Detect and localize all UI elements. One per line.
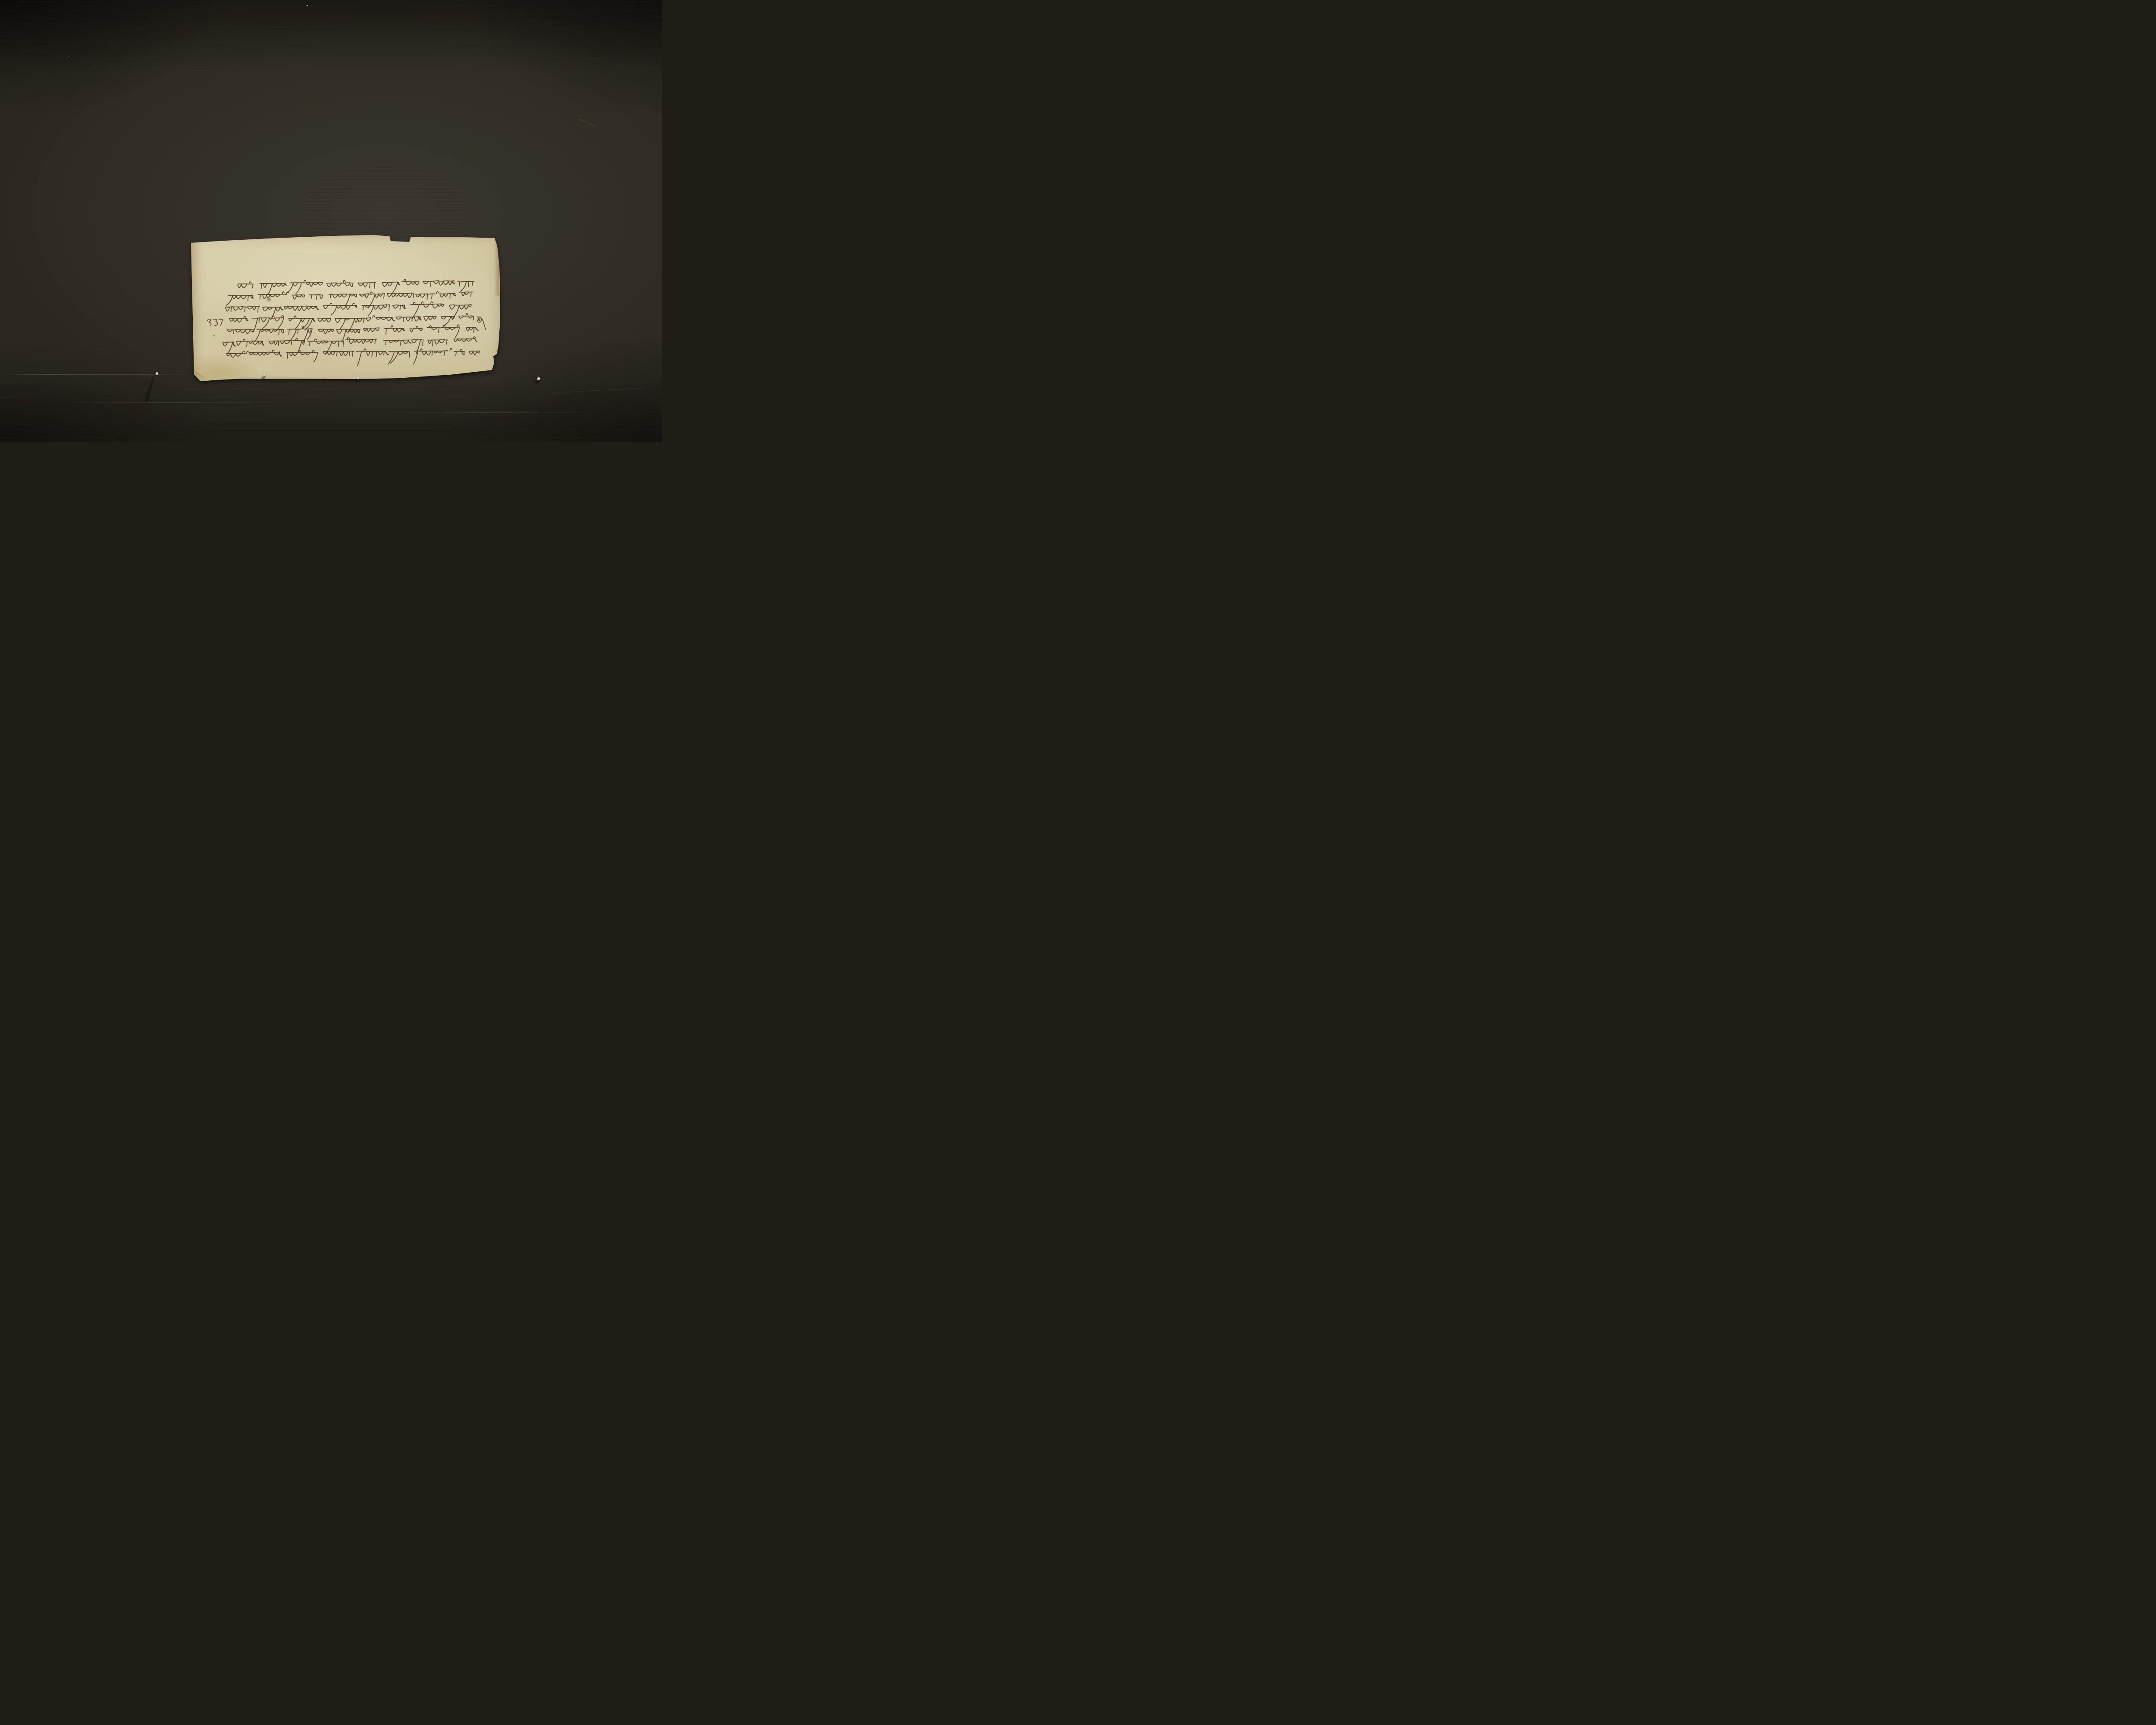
mounting-pin <box>537 377 540 380</box>
scratch-mark <box>0 374 193 375</box>
scratch-mark <box>579 119 595 127</box>
manuscript-page: স্বাহা ইদং বিষ্ণবে । ও বিশ্বতশ্চক্ষু রুত… <box>191 235 500 384</box>
dust-speck <box>307 5 308 6</box>
handwriting-block: স্বাহা ইদং বিষ্ণবে । ও বিশ্বতশ্চক্ষু রুত… <box>190 233 501 385</box>
scratch-mark <box>353 412 620 413</box>
mounting-pin <box>263 374 266 376</box>
paper-surface: স্বাহা ইদং বিষ্ণবে । ও বিশ্বতশ্চক্ষু রুত… <box>191 235 500 384</box>
scratch-mark <box>60 402 285 403</box>
pin-shadow <box>355 380 359 382</box>
mounting-pin <box>156 372 158 375</box>
dust-speck <box>69 56 69 57</box>
pin-shadow <box>262 377 265 379</box>
mounting-pin <box>357 376 360 379</box>
photograph: স্বাহা ইদং বিষ্ণবে । ও বিশ্বতশ্চক্ষু রুত… <box>0 0 662 442</box>
dust-speck <box>586 125 587 126</box>
scratch-mark <box>533 387 662 394</box>
